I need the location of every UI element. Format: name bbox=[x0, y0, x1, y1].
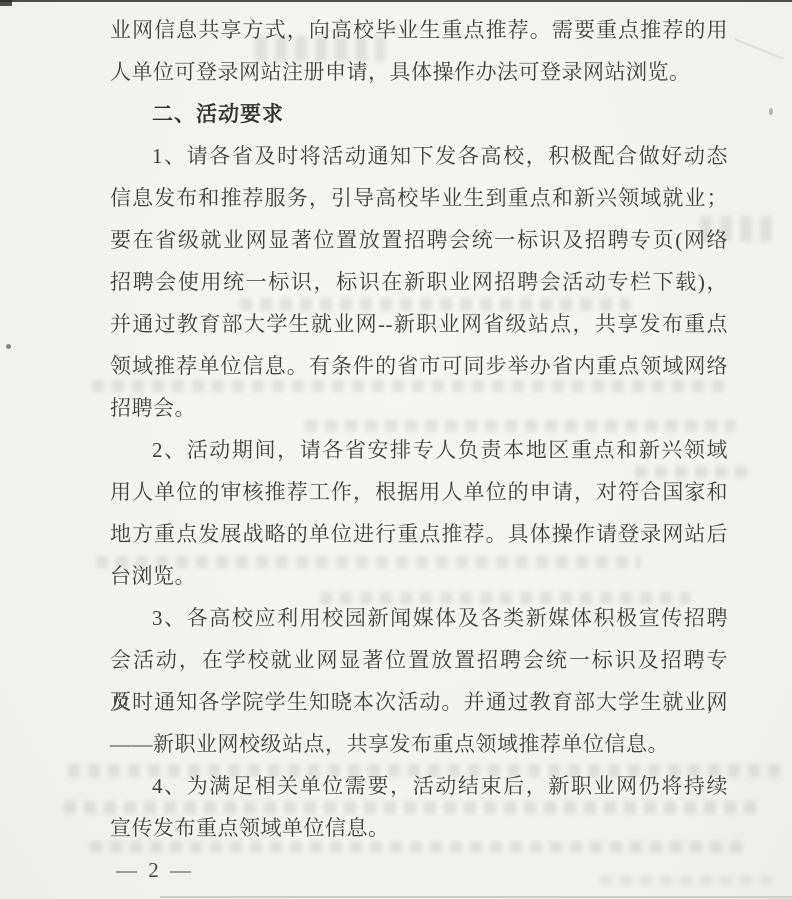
scan-artifact-speck bbox=[769, 108, 773, 115]
page-number: — 2 — bbox=[116, 849, 194, 891]
text-line: 业网信息共享方式，向高校毕业生重点推荐。需要重点推荐的用 bbox=[110, 9, 728, 51]
text-line: 人单位可登录网站注册申请，具体操作办法可登录网站浏览。 bbox=[110, 51, 728, 93]
text-line: 4、为满足相关单位需要，活动结束后，新职业网仍将持续 bbox=[110, 765, 728, 807]
text-line: 2、活动期间，请各省安排专人负责本地区重点和新兴领域 bbox=[110, 429, 728, 471]
text-line: 宣传发布重点领域单位信息。 bbox=[110, 807, 728, 849]
text-line: 用人单位的审核推荐工作，根据用人单位的申请，对符合国家和 bbox=[110, 471, 728, 513]
text-line: 及时通知各学院学生知晓本次活动。并通过教育部大学生就业网 bbox=[110, 681, 728, 723]
text-line: 领域推荐单位信息。有条件的省市可同步举办省内重点领域网络 bbox=[110, 345, 728, 387]
text-line: 招聘会。 bbox=[110, 387, 728, 429]
text-line: 招聘会使用统一标识，标识在新职业网招聘会活动专栏下载)， bbox=[110, 261, 728, 303]
paragraph-4: 4、为满足相关单位需要，活动结束后，新职业网仍将持续宣传发布重点领域单位信息。 bbox=[110, 765, 728, 849]
text-line: 1、请各省及时将活动通知下发各高校，积极配合做好动态 bbox=[110, 135, 728, 177]
scanned-document-page: 业网信息共享方式，向高校毕业生重点推荐。需要重点推荐的用人单位可登录网站注册申请… bbox=[0, 0, 792, 899]
text-line: 要在省级就业网显著位置放置招聘会统一标识及招聘专页(网络 bbox=[110, 219, 728, 261]
text-line: 3、各高校应利用校园新闻媒体及各类新媒体积极宣传招聘 bbox=[110, 597, 728, 639]
paragraph-3: 3、各高校应利用校园新闻媒体及各类新媒体积极宣传招聘会活动，在学校就业网显著位置… bbox=[110, 597, 728, 765]
scan-artifact-paper-crease bbox=[735, 38, 784, 59]
paragraph-1: 1、请各省及时将活动通知下发各高校，积极配合做好动态信息发布和推荐服务，引导高校… bbox=[110, 135, 728, 429]
scan-artifact-top-edge bbox=[0, 0, 792, 2]
text-line: 地方重点发展战略的单位进行重点推荐。具体操作请登录网站后 bbox=[110, 513, 728, 555]
scan-artifact-top-left-corner bbox=[0, 0, 12, 6]
paragraph-continuation: 业网信息共享方式，向高校毕业生重点推荐。需要重点推荐的用人单位可登录网站注册申请… bbox=[110, 9, 728, 93]
text-line: 并通过教育部大学生就业网--新职业网省级站点，共享发布重点 bbox=[110, 303, 728, 345]
text-line: 会活动，在学校就业网显著位置放置招聘会统一标识及招聘专页， bbox=[110, 639, 728, 681]
scan-artifact-bottom-edge bbox=[160, 896, 792, 898]
text-line: 二、活动要求 bbox=[110, 93, 728, 135]
text-line: 台浏览。 bbox=[110, 555, 728, 597]
text-line: ——新职业网校级站点，共享发布重点领域推荐单位信息。 bbox=[110, 723, 728, 765]
paragraph-2: 2、活动期间，请各省安排专人负责本地区重点和新兴领域用人单位的审核推荐工作，根据… bbox=[110, 429, 728, 597]
bleedthrough-artifact bbox=[600, 876, 780, 885]
document-content: 业网信息共享方式，向高校毕业生重点推荐。需要重点推荐的用人单位可登录网站注册申请… bbox=[110, 9, 728, 849]
text-line: 信息发布和推荐服务，引导高校毕业生到重点和新兴领域就业； bbox=[110, 177, 728, 219]
scan-artifact-speck bbox=[6, 344, 11, 349]
section-heading: 二、活动要求 bbox=[110, 93, 728, 135]
